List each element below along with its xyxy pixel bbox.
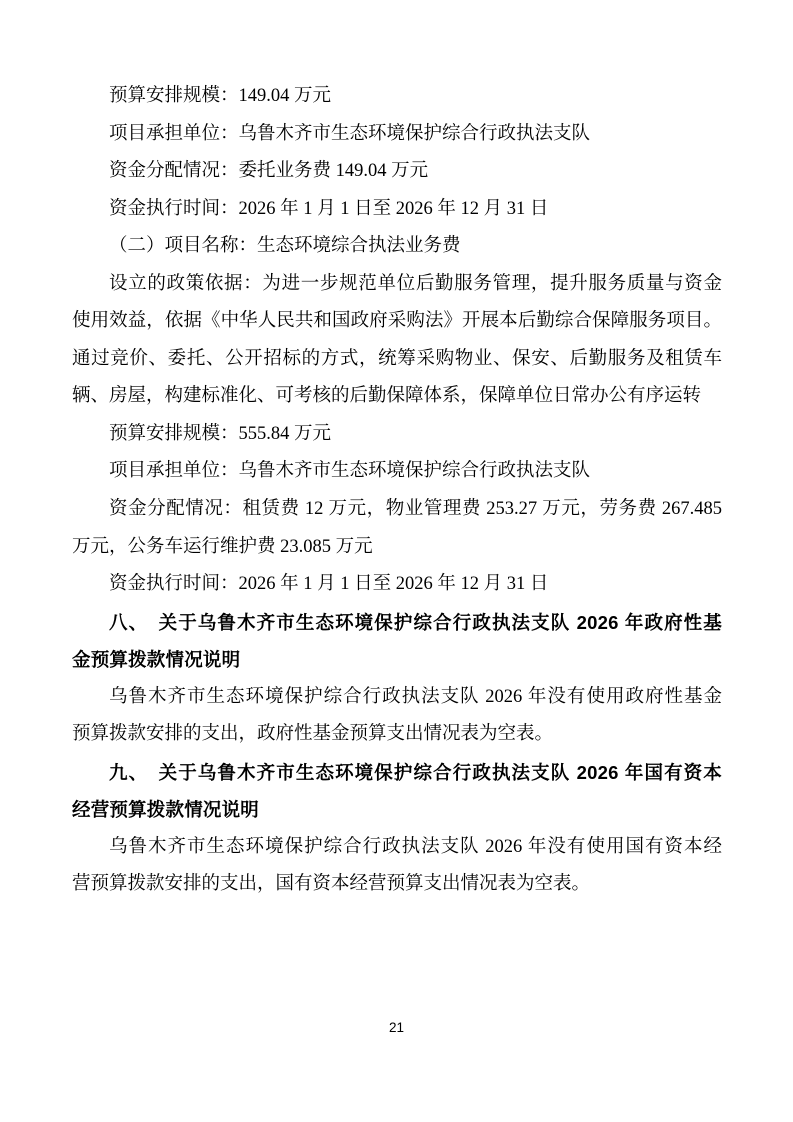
text-line: 预算安排规模：149.04 万元 (72, 78, 722, 116)
text-line: 资金执行时间：2026 年 1 月 1 日至 2026 年 12 月 31 日 (72, 191, 722, 229)
text-line: 资金执行时间：2026 年 1 月 1 日至 2026 年 12 月 31 日 (72, 566, 722, 604)
paragraph: 项目承担单位：乌鲁木齐市生态环境保护综合行政执法支队 (72, 116, 722, 154)
paragraph: 资金分配情况：租赁费 12 万元，物业管理费 253.27 万元，劳务费 267… (72, 491, 722, 566)
text-line: 金预算拨款情况说明 (72, 641, 722, 679)
text-line: 项目承担单位：乌鲁木齐市生态环境保护综合行政执法支队 (72, 453, 722, 491)
text-line: （二）项目名称：生态环境综合执法业务费 (72, 228, 722, 266)
page-body: 预算安排规模：149.04 万元 项目承担单位：乌鲁木齐市生态环境保护综合行政执… (72, 78, 722, 904)
section-heading: 九、 关于乌鲁木齐市生态环境保护综合行政执法支队 2026 年国有资本 经营预算… (72, 754, 722, 829)
paragraph: 资金执行时间：2026 年 1 月 1 日至 2026 年 12 月 31 日 (72, 191, 722, 229)
text-line: 乌鲁木齐市生态环境保护综合行政执法支队 2026 年没有使用政府性基金 (72, 679, 722, 717)
text-line: 九、 关于乌鲁木齐市生态环境保护综合行政执法支队 2026 年国有资本 (72, 754, 722, 792)
text-line: 通过竞价、委托、公开招标的方式，统筹采购物业、保安、后勤服务及租赁车 (72, 341, 722, 379)
document-page: { "page": { "number": "21", "background_… (0, 0, 793, 1122)
paragraph: 设立的政策依据：为进一步规范单位后勤服务管理，提升服务质量与资金 使用效益，依据… (72, 266, 722, 416)
paragraph: 乌鲁木齐市生态环境保护综合行政执法支队 2026 年没有使用政府性基金 预算拨款… (72, 679, 722, 754)
paragraph: 预算安排规模：149.04 万元 (72, 78, 722, 116)
text-line: 万元，公务车运行维护费 23.085 万元 (72, 529, 722, 567)
paragraph: 项目承担单位：乌鲁木齐市生态环境保护综合行政执法支队 (72, 453, 722, 491)
text-line: 项目承担单位：乌鲁木齐市生态环境保护综合行政执法支队 (72, 116, 722, 154)
text-line: 营预算拨款安排的支出，国有资本经营预算支出情况表为空表。 (72, 866, 722, 904)
section-heading: 八、 关于乌鲁木齐市生态环境保护综合行政执法支队 2026 年政府性基 金预算拨… (72, 604, 722, 679)
paragraph: 预算安排规模：555.84 万元 (72, 416, 722, 454)
page-number: 21 (0, 1020, 793, 1036)
text-line: 辆、房屋，构建标准化、可考核的后勤保障体系，保障单位日常办公有序运转 (72, 378, 722, 416)
text-line: 八、 关于乌鲁木齐市生态环境保护综合行政执法支队 2026 年政府性基 (72, 604, 722, 642)
text-line: 乌鲁木齐市生态环境保护综合行政执法支队 2026 年没有使用国有资本经 (72, 829, 722, 867)
text-line: 资金分配情况：租赁费 12 万元，物业管理费 253.27 万元，劳务费 267… (72, 491, 722, 529)
paragraph: 资金执行时间：2026 年 1 月 1 日至 2026 年 12 月 31 日 (72, 566, 722, 604)
text-line: 设立的政策依据：为进一步规范单位后勤服务管理，提升服务质量与资金 (72, 266, 722, 304)
text-line: 资金分配情况：委托业务费 149.04 万元 (72, 153, 722, 191)
paragraph: 乌鲁木齐市生态环境保护综合行政执法支队 2026 年没有使用国有资本经 营预算拨… (72, 829, 722, 904)
text-line: 预算拨款安排的支出，政府性基金预算支出情况表为空表。 (72, 716, 722, 754)
text-line: 经营预算拨款情况说明 (72, 791, 722, 829)
text-line: 预算安排规模：555.84 万元 (72, 416, 722, 454)
paragraph: （二）项目名称：生态环境综合执法业务费 (72, 228, 722, 266)
paragraph: 资金分配情况：委托业务费 149.04 万元 (72, 153, 722, 191)
text-line: 使用效益，依据《中华人民共和国政府采购法》开展本后勤综合保障服务项目。 (72, 303, 722, 341)
